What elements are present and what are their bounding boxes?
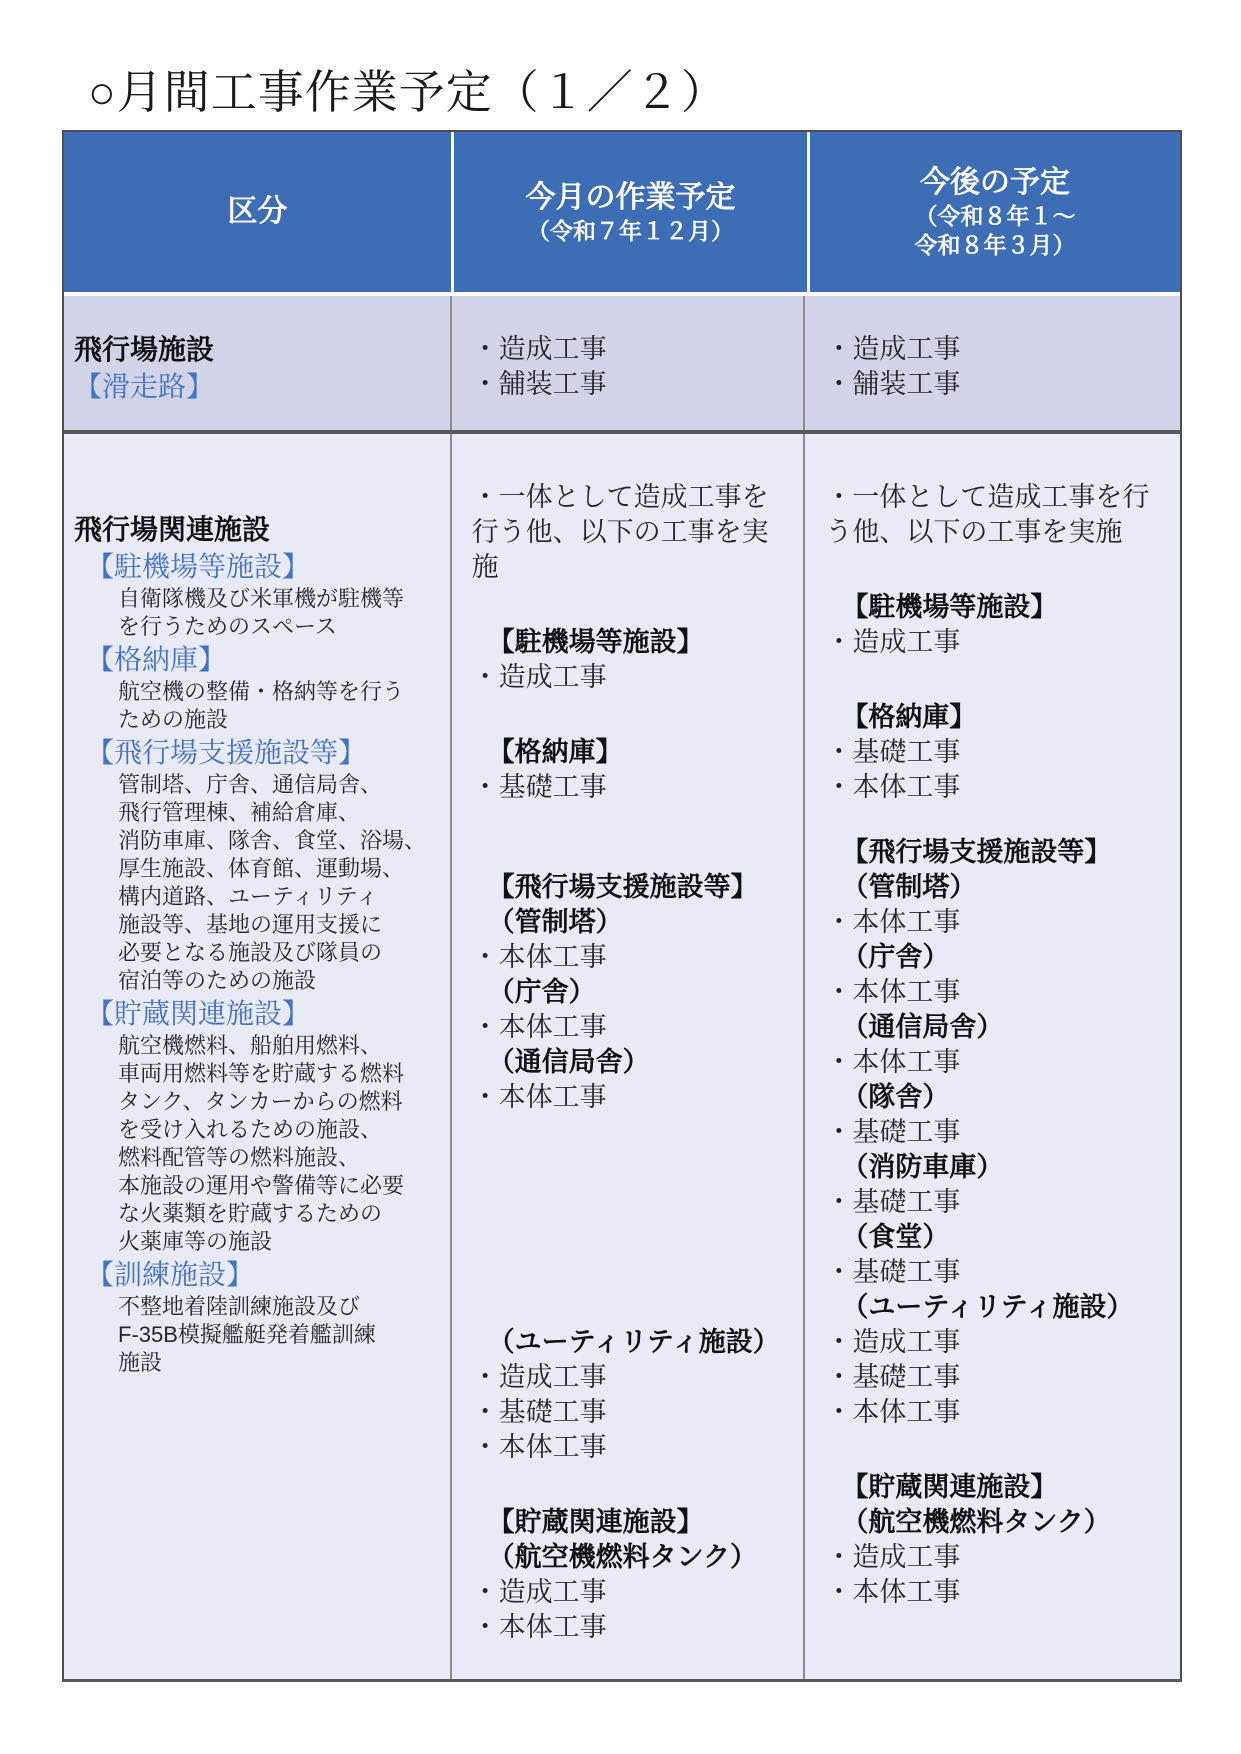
table-header-row: 区分今月の作業予定（令和７年１２月）今後の予定（令和８年１～令和８年３月）	[64, 132, 1180, 292]
subcategory-label: 【駐機場等施設】	[74, 548, 440, 585]
header-cell-future: 今後の予定（令和８年１～令和８年３月）	[810, 132, 1180, 292]
work-item: ・造成工事	[472, 660, 790, 695]
cell-future: ・造成工事・舗装工事	[805, 296, 1180, 430]
work-item: ・基礎工事	[825, 1360, 1166, 1395]
work-item: ・本体工事	[825, 975, 1166, 1010]
work-item: ・舗装工事	[825, 367, 1166, 402]
facility-subheading: （隊舎）	[825, 1080, 1166, 1115]
facility-subheading: （庁舎）	[825, 940, 1166, 975]
subcategory-label: 【滑走路】	[74, 368, 440, 405]
facility-heading: 【格納庫】	[825, 700, 1166, 735]
spacer	[472, 585, 790, 625]
category-label: 飛行場施設	[74, 332, 440, 368]
facility-heading: 【格納庫】	[472, 735, 790, 770]
facility-subheading: （庁舎）	[472, 975, 790, 1010]
facility-heading: 【飛行場支援施設等】	[825, 835, 1166, 870]
subcategory-label: 【貯蔵関連施設】	[74, 995, 440, 1032]
table-row: 飛行場施設【滑走路】・造成工事・舗装工事・造成工事・舗装工事	[64, 296, 1180, 430]
work-item: ・造成工事	[472, 1360, 790, 1395]
spacer	[472, 695, 790, 735]
work-item: ・基礎工事	[472, 1395, 790, 1430]
work-item: ・本体工事	[825, 1395, 1166, 1430]
page-title: ○月間工事作業予定（１／２）	[88, 56, 728, 122]
work-item: ・基礎工事	[825, 1185, 1166, 1220]
work-item: ・本体工事	[825, 1045, 1166, 1080]
spacer	[825, 805, 1166, 835]
cell-this-month: ・造成工事・舗装工事	[452, 296, 806, 430]
facility-subheading: （通信局舎）	[825, 1010, 1166, 1045]
work-item: ・本体工事	[825, 905, 1166, 940]
cell-category: 飛行場施設【滑走路】	[64, 296, 452, 430]
subcategory-label: 【飛行場支援施設等】	[74, 734, 440, 771]
facility-description: 不整地着陸訓練施設及び F-35B模擬艦艇発着艦訓練 施設	[74, 1293, 440, 1377]
work-item: ・本体工事	[472, 1430, 790, 1465]
cell-category: 飛行場関連施設【駐機場等施設】自衛隊機及び米軍機が駐機等 を行うためのスペース【…	[64, 434, 452, 1679]
work-item: ・造成工事	[825, 625, 1166, 660]
schedule-table: 区分今月の作業予定（令和７年１２月）今後の予定（令和８年１～令和８年３月） 飛行…	[62, 130, 1182, 1682]
facility-subheading: （航空機燃料タンク）	[825, 1505, 1166, 1540]
spacer	[825, 1430, 1166, 1470]
header-subtitle: 令和８年３月）	[915, 231, 1076, 260]
header-cell-category: 区分	[64, 132, 451, 292]
work-item: ・基礎工事	[825, 1115, 1166, 1150]
work-item: ・基礎工事	[472, 770, 790, 805]
facility-subheading: （通信局舎）	[472, 1045, 790, 1080]
work-item: ・造成工事	[472, 332, 790, 367]
spacer	[472, 1465, 790, 1505]
work-item: ・造成工事	[472, 1575, 790, 1610]
facility-heading: 【貯蔵関連施設】	[825, 1470, 1166, 1505]
work-item: ・本体工事	[825, 770, 1166, 805]
facility-heading: 【駐機場等施設】	[472, 625, 790, 660]
facility-subheading: （消防車庫）	[825, 1150, 1166, 1185]
work-item: ・造成工事	[825, 1540, 1166, 1575]
facility-description: 管制塔、庁舎、通信局舎、 飛行管理棟、補給倉庫、 消防車庫、隊舎、食堂、浴場、 …	[74, 771, 440, 995]
facility-subheading: （食堂）	[825, 1220, 1166, 1255]
facility-description: 自衛隊機及び米軍機が駐機等 を行うためのスペース	[74, 585, 440, 641]
facility-description: 航空機燃料、船舶用燃料、 車両用燃料等を貯蔵する燃料 タンク、タンカーからの燃料…	[74, 1032, 440, 1256]
header-title: 今月の作業予定	[526, 179, 736, 217]
facility-description: 航空機の整備・格納等を行う ための施設	[74, 678, 440, 734]
facility-subheading: （管制塔）	[825, 870, 1166, 905]
facility-heading: 【貯蔵関連施設】	[472, 1505, 790, 1540]
work-item: ・基礎工事	[825, 735, 1166, 770]
facility-heading: 【駐機場等施設】	[825, 590, 1166, 625]
table-row: 飛行場関連施設【駐機場等施設】自衛隊機及び米軍機が駐機等 を行うためのスペース【…	[64, 434, 1180, 1679]
work-item: ・本体工事	[825, 1575, 1166, 1610]
header-title: 区分	[228, 193, 288, 231]
facility-subheading: （管制塔）	[472, 905, 790, 940]
subcategory-label: 【格納庫】	[74, 641, 440, 678]
facility-subheading: （ユーティリティ施設）	[472, 1325, 790, 1360]
document-page: ○月間工事作業予定（１／２） 区分今月の作業予定（令和７年１２月）今後の予定（令…	[0, 0, 1241, 1754]
header-title: 今後の予定	[920, 164, 1070, 202]
work-item: ・本体工事	[472, 1010, 790, 1045]
subcategory-label: 【訓練施設】	[74, 1256, 440, 1293]
facility-subheading: （ユーティリティ施設）	[825, 1290, 1166, 1325]
spacer	[825, 550, 1166, 590]
category-label: 飛行場関連施設	[74, 512, 440, 548]
work-summary: ・一体として造成工事を行う他、以下の工事を実施	[825, 480, 1166, 550]
spacer	[472, 805, 790, 870]
spacer	[825, 660, 1166, 700]
work-item: ・本体工事	[472, 940, 790, 975]
table-body: 飛行場施設【滑走路】・造成工事・舗装工事・造成工事・舗装工事飛行場関連施設【駐機…	[64, 296, 1180, 1679]
header-subtitle: （令和８年１～	[915, 202, 1076, 231]
cell-this-month: ・一体として造成工事を行う他、以下の工事を実施【駐機場等施設】・造成工事【格納庫…	[452, 434, 806, 1679]
header-cell-this-month: 今月の作業予定（令和７年１２月）	[454, 132, 807, 292]
cell-future: ・一体として造成工事を行う他、以下の工事を実施【駐機場等施設】・造成工事【格納庫…	[805, 434, 1180, 1679]
spacer	[472, 1115, 790, 1325]
work-item: ・舗装工事	[472, 367, 790, 402]
facility-subheading: （航空機燃料タンク）	[472, 1540, 790, 1575]
facility-heading: 【飛行場支援施設等】	[472, 870, 790, 905]
header-subtitle: （令和７年１２月）	[527, 217, 734, 246]
work-item: ・本体工事	[472, 1080, 790, 1115]
work-item: ・造成工事	[825, 1325, 1166, 1360]
work-item: ・造成工事	[825, 332, 1166, 367]
work-summary: ・一体として造成工事を行う他、以下の工事を実施	[472, 480, 790, 585]
work-item: ・本体工事	[472, 1610, 790, 1645]
work-item: ・基礎工事	[825, 1255, 1166, 1290]
